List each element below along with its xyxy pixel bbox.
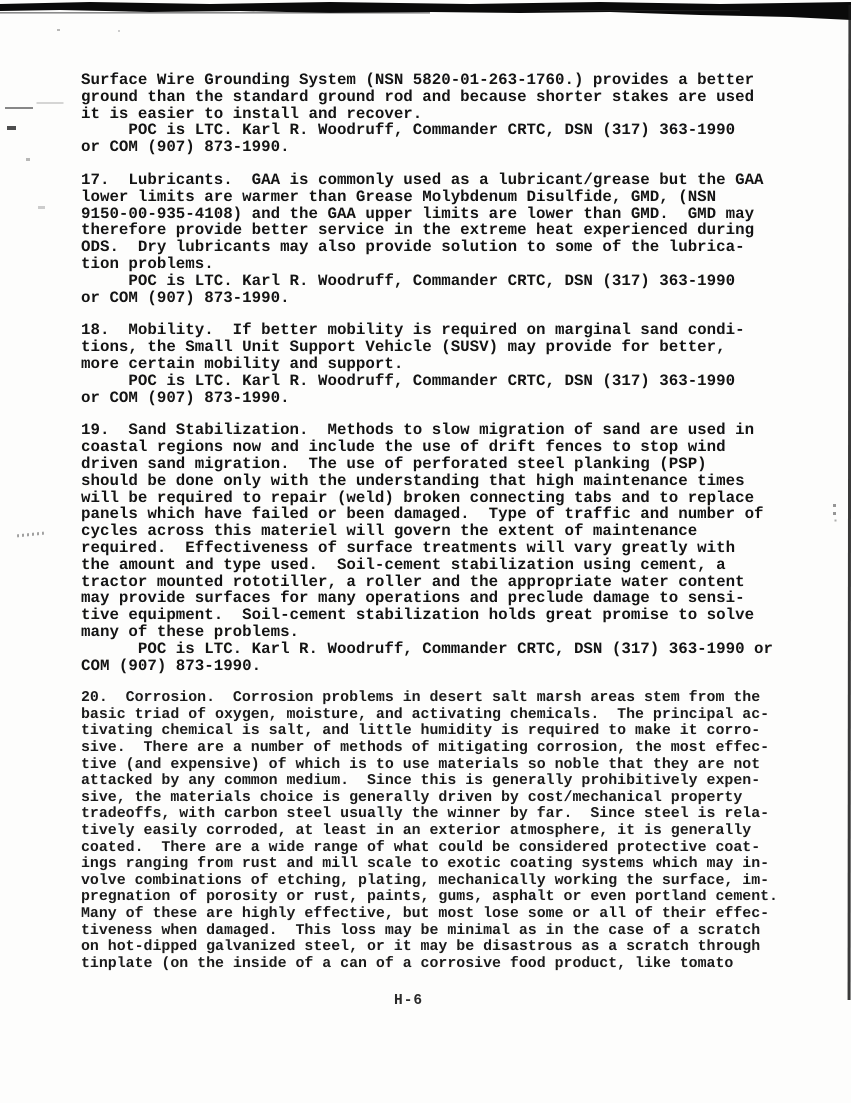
paragraph-19-sand-stabilization: 19. Sand Stabilization. Methods to slow … xyxy=(81,422,841,674)
paragraph-surface-wire-grounding: Surface Wire Grounding System (NSN 5820-… xyxy=(81,72,841,156)
paragraph-20-corrosion: 20. Corrosion. Corrosion problems in des… xyxy=(81,690,841,972)
document-body: Surface Wire Grounding System (NSN 5820-… xyxy=(81,72,841,988)
scan-speck xyxy=(57,29,60,31)
scan-smudge xyxy=(5,107,33,109)
scan-speck xyxy=(38,206,45,209)
scan-smudge xyxy=(7,126,16,130)
paragraph-18-mobility: 18. Mobility. If better mobility is requ… xyxy=(81,322,841,406)
scan-smudge xyxy=(17,532,44,538)
scan-speck xyxy=(26,158,30,161)
scan-right-edge-artifact xyxy=(848,5,851,1000)
paragraph-17-lubricants: 17. Lubricants. GAA is commonly used as … xyxy=(81,172,841,306)
scanned-document-page: Surface Wire Grounding System (NSN 5820-… xyxy=(0,0,851,1103)
scan-speck xyxy=(118,30,120,32)
scan-top-edge-artifact xyxy=(0,0,851,24)
page-number: H-6 xyxy=(394,993,423,1009)
